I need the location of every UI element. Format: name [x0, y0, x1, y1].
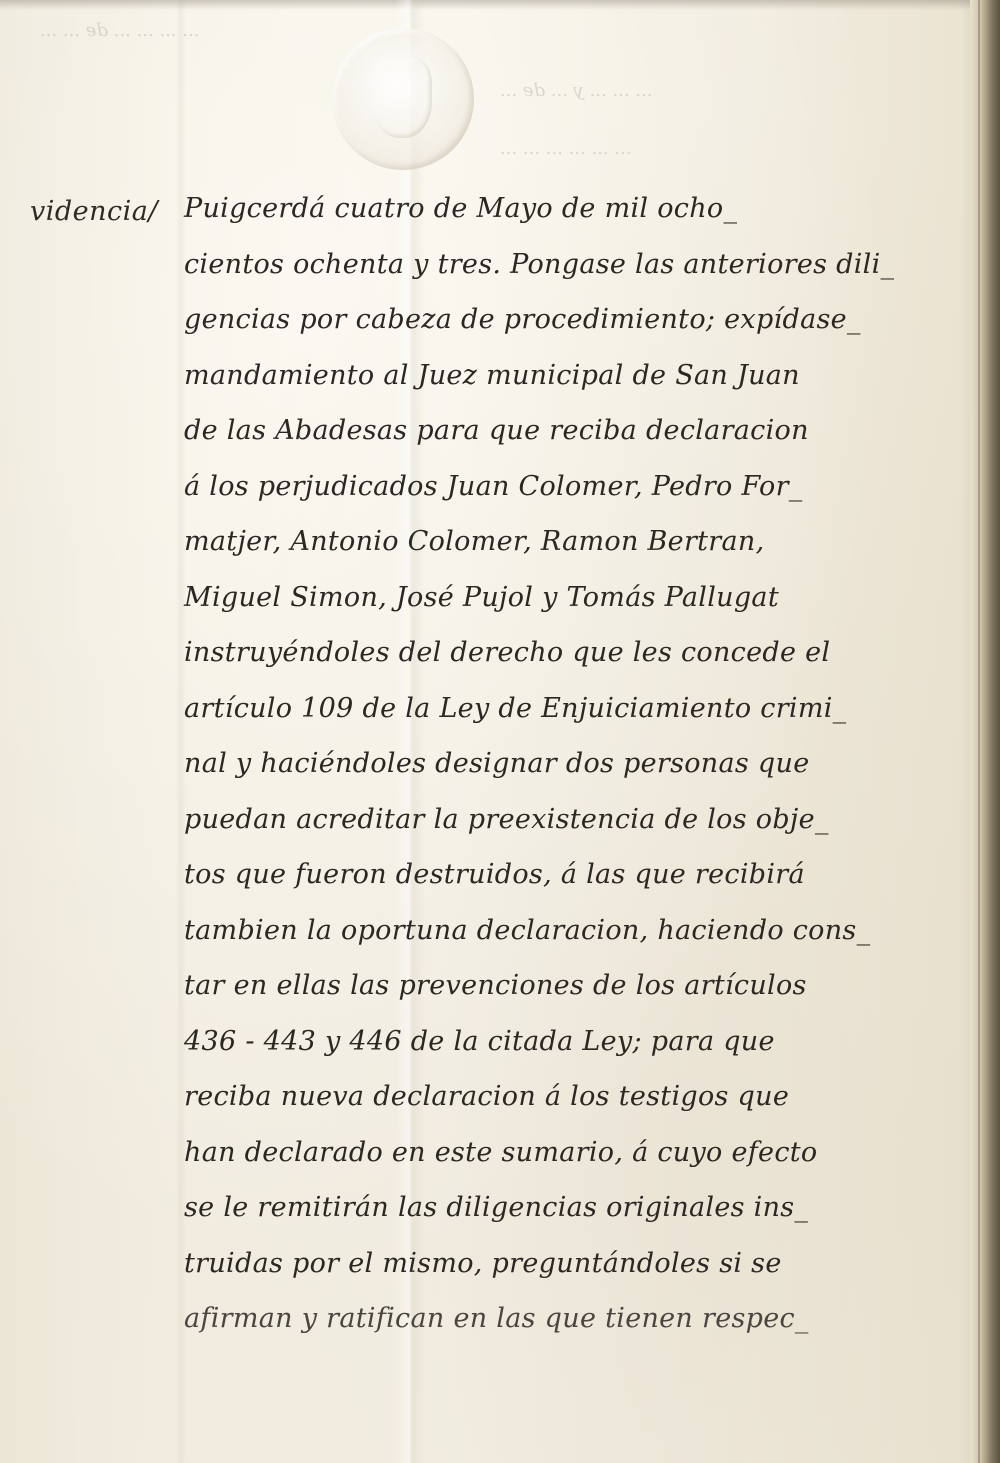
- text-line: artículo 109 de la Ley de Enjuiciamiento…: [184, 688, 904, 744]
- text-line: nal y haciéndoles designar dos personas …: [184, 743, 904, 799]
- manuscript-page: ... ... ... ... de ... ... ... ... ... y…: [0, 0, 1000, 1463]
- bleed-through-text: ... ... ... y ... de ...: [500, 80, 653, 101]
- text-line: Puigcerdá cuatro de Mayo de mil ocho_: [184, 188, 904, 244]
- text-line: tambien la oportuna declaracion, haciend…: [184, 910, 904, 966]
- text-line: afirman y ratifican en las que tienen re…: [184, 1298, 904, 1354]
- text-line: instruyéndoles del derecho que les conce…: [184, 632, 904, 688]
- text-line: truidas por el mismo, preguntándoles si …: [184, 1243, 904, 1299]
- text-line: gencias por cabeza de procedimiento; exp…: [184, 299, 904, 355]
- page-edge-line: [978, 0, 980, 1463]
- text-line: 436 - 443 y 446 de la citada Ley; para q…: [184, 1021, 904, 1077]
- bleed-through-text: ... ... ... ... de ... ...: [40, 20, 200, 41]
- top-shadow: [0, 0, 1000, 10]
- margin-note: videncia/: [30, 196, 158, 227]
- text-line: tos que fueron destruidos, á las que rec…: [184, 854, 904, 910]
- bleed-through-text: ... ... ... ... ... ...: [500, 138, 632, 159]
- text-line: matjer, Antonio Colomer, Ramon Bertran,: [184, 521, 904, 577]
- text-line: cientos ochenta y tres. Pongase las ante…: [184, 244, 904, 300]
- text-line: han declarado en este sumario, á cuyo ef…: [184, 1132, 904, 1188]
- text-line: á los perjudicados Juan Colomer, Pedro F…: [184, 466, 904, 522]
- text-line: puedan acreditar la preexistencia de los…: [184, 799, 904, 855]
- binding-edge: [970, 0, 1000, 1463]
- text-line: tar en ellas las prevenciones de los art…: [184, 965, 904, 1021]
- text-line: de las Abadesas para que reciba declarac…: [184, 410, 904, 466]
- text-line: mandamiento al Juez municipal de San Jua…: [184, 355, 904, 411]
- text-line: se le remitirán las diligencias original…: [184, 1187, 904, 1243]
- text-line: Miguel Simon, José Pujol y Tomás Palluga…: [184, 577, 904, 633]
- embossed-seal-icon: [332, 28, 474, 170]
- handwritten-text-block: Puigcerdá cuatro de Mayo de mil ocho_ ci…: [184, 188, 904, 1354]
- seal-crest: [372, 58, 432, 138]
- text-line: reciba nueva declaracion á los testigos …: [184, 1076, 904, 1132]
